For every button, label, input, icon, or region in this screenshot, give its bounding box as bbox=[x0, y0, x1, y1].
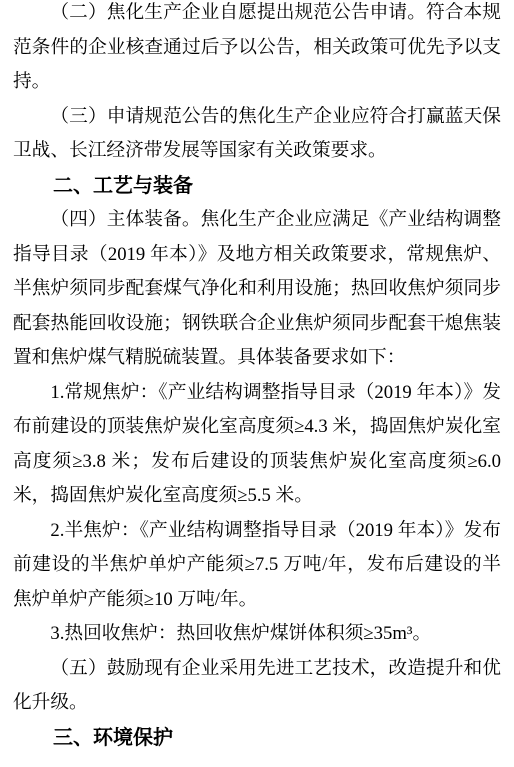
paragraph-3-heat-recovery-coke-oven: 3.热回收焦炉：热回收焦炉煤饼体积须≥35m³。 bbox=[13, 617, 501, 652]
paragraph-iii-policy-requirements: （三）申请规范公告的焦化生产企业应符合打赢蓝天保卫战、长江经济带发展等国家有关政… bbox=[13, 100, 501, 169]
section-heading-environmental-protection: 三、环境保护 bbox=[13, 721, 501, 756]
paragraph-v-encourage-upgrade: （五）鼓励现有企业采用先进工艺技术，改造提升和优化升级。 bbox=[13, 652, 501, 721]
paragraph-ii-voluntary-application: （二）焦化生产企业自愿提出规范公告申请。符合本规范条件的企业核查通过后予以公告，… bbox=[13, 0, 501, 100]
document-page: （二）焦化生产企业自愿提出规范公告申请。符合本规范条件的企业核查通过后予以公告，… bbox=[0, 0, 514, 763]
paragraph-iv-main-equipment: （四）主体装备。焦化生产企业应满足《产业结构调整指导目录（2019 年本）》及地… bbox=[13, 203, 501, 376]
section-heading-process-and-equipment: 二、工艺与装备 bbox=[13, 169, 501, 204]
paragraph-2-semi-coke-oven: 2.半焦炉：《产业结构调整指导目录（2019 年本）》发布前建设的半焦炉单炉产能… bbox=[13, 514, 501, 618]
paragraph-1-conventional-coke-oven: 1.常规焦炉：《产业结构调整指导目录（2019 年本）》发布前建设的顶装焦炉炭化… bbox=[13, 376, 501, 514]
